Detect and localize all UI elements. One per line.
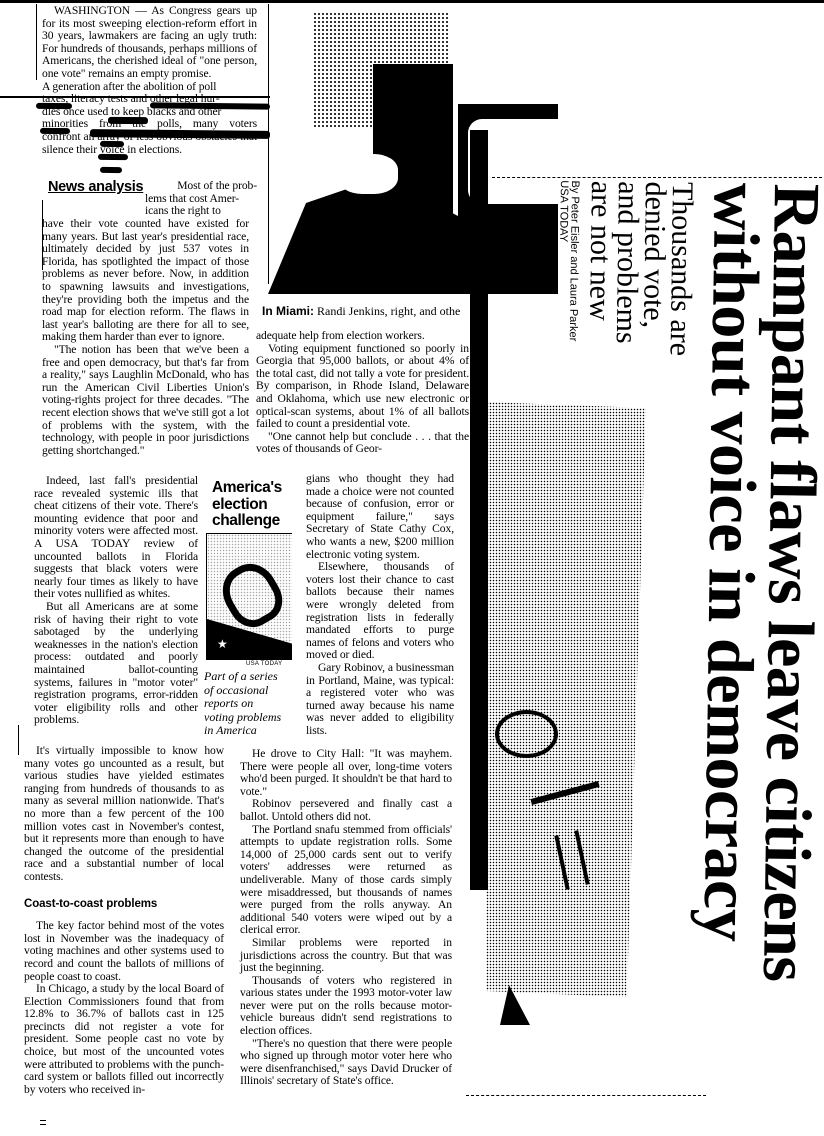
column-2-top: adequate help from election workers. Vot…	[256, 330, 469, 456]
subhead-coast-to-coast: Coast-to-coast problems	[24, 898, 224, 911]
photo-highlight	[338, 154, 398, 194]
photo-caption: In Miami: Randi Jenkins, right, and othe	[262, 304, 460, 319]
column-1-body: have their vote counted have existed for…	[42, 218, 249, 457]
article-lead: WASHINGTON — As Congress gears up for it…	[42, 5, 257, 81]
miami-voter-photo	[258, 4, 558, 294]
column-1-bottom: It's virtually impossible to know how ma…	[24, 745, 224, 1096]
marker-line	[0, 96, 270, 98]
marker-redaction	[100, 167, 122, 173]
column-1-narrow: Indeed, last fall's presidential race re…	[34, 475, 198, 727]
image-credit: USA TODAY	[246, 661, 282, 667]
column-2-bottom: He drove to City Hall: "It was mayhem. T…	[240, 748, 452, 1088]
scan-mark	[40, 1120, 46, 1121]
clipping-cut-line	[466, 1095, 706, 1097]
series-caption: Part of a series of occasional reports o…	[204, 670, 299, 738]
column-rule	[36, 4, 37, 80]
clipping-cut-line	[492, 177, 822, 179]
marker-redaction	[150, 102, 270, 109]
marker-redaction	[100, 141, 124, 147]
scan-top-border	[0, 0, 824, 3]
marker-redaction	[98, 154, 128, 160]
star-icon: ★	[217, 637, 228, 651]
series-logo-image: ★	[206, 533, 292, 660]
redacted-line: A generation after the abolition of poll	[42, 81, 257, 94]
marker-redaction	[108, 117, 148, 124]
column-2-narrow: gians who thought they had made a choice…	[306, 473, 454, 737]
marker-redaction	[36, 103, 72, 109]
caption-text: Randi Jenkins, right, and othe	[317, 304, 460, 318]
caption-location: In Miami:	[262, 304, 314, 318]
drawn-face-icon	[495, 710, 558, 758]
marker-redaction	[40, 128, 70, 134]
series-sidebar-title: America's election challenge	[212, 480, 302, 530]
column-1-wrap: Most of the prob- lems that cost Amer- i…	[145, 180, 257, 218]
news-analysis-label: News analysis	[48, 179, 143, 195]
column-rule	[18, 725, 19, 755]
headline-line-2: without voice in democracy	[695, 182, 766, 981]
headline-block: Rampant flaws leave citizens without voi…	[547, 180, 824, 982]
scan-mark	[40, 1124, 46, 1125]
photo-edge-strip	[470, 130, 488, 890]
